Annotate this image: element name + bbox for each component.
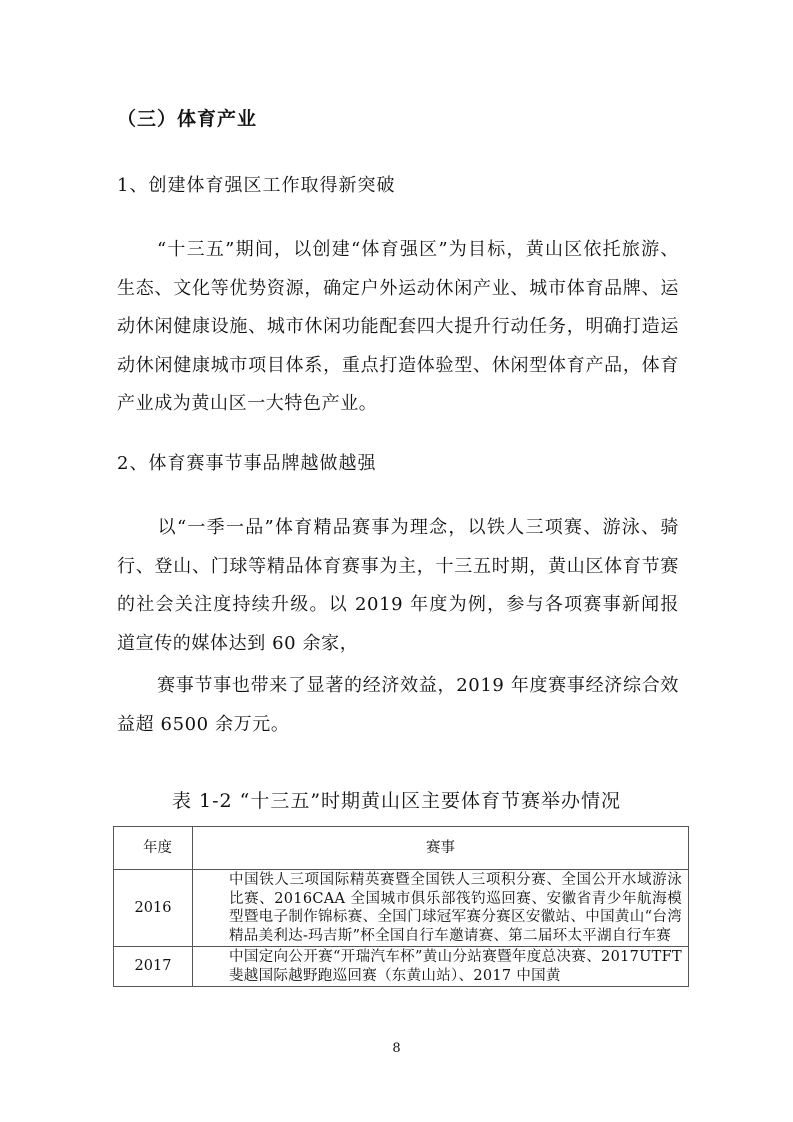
page-number: 8 <box>0 1041 793 1056</box>
paragraph-text: 以“一季一品”体育精品赛事为理念，以铁人三项赛、游泳、骑行、登山、门球等精品体育… <box>117 517 679 654</box>
header-year: 年度 <box>114 827 193 870</box>
table-header-row: 年度 赛事 <box>114 827 689 870</box>
table-row: 2016 中国铁人三项国际精英赛暨全国铁人三项积分赛、全国公开水域游泳比赛、20… <box>114 870 689 947</box>
subsection-heading-1: 1、创建体育强区工作取得新突破 <box>117 171 395 197</box>
section-heading: （三）体育产业 <box>117 104 257 131</box>
events-table: 年度 赛事 2016 中国铁人三项国际精英赛暨全国铁人三项积分赛、全国公开水域游… <box>113 826 689 987</box>
cell-events: 中国铁人三项国际精英赛暨全国铁人三项积分赛、全国公开水域游泳比赛、2016CAA… <box>193 870 689 947</box>
paragraph-sports-district: “十三五”期间，以创建“体育强区”为目标，黄山区依托旅游、生态、文化等优势资源，… <box>117 231 679 424</box>
table-row: 2017 中国定向公开赛“开瑞汽车杯”黄山分站赛暨年度总决赛、2017UTFT … <box>114 947 689 987</box>
cell-events: 中国定向公开赛“开瑞汽车杯”黄山分站赛暨年度总决赛、2017UTFT 斐越国际越… <box>193 947 689 987</box>
table-caption: 表 1-2 “十三五”时期黄山区主要体育节赛举办情况 <box>0 786 793 813</box>
paragraph-economic-benefit: 赛事节事也带来了显著的经济效益，2019 年度赛事经济综合效益超 6500 余万… <box>117 667 679 744</box>
paragraph-text: 赛事节事也带来了显著的经济效益，2019 年度赛事经济综合效益超 6500 余万… <box>117 675 679 735</box>
cell-year: 2016 <box>114 870 193 947</box>
header-events: 赛事 <box>193 827 689 870</box>
cell-year: 2017 <box>114 947 193 987</box>
subsection-heading-2: 2、体育赛事节事品牌越做越强 <box>117 449 376 475</box>
paragraph-text: “十三五”期间，以创建“体育强区”为目标，黄山区依托旅游、生态、文化等优势资源，… <box>117 239 679 414</box>
paragraph-events-brand: 以“一季一品”体育精品赛事为理念，以铁人三项赛、游泳、骑行、登山、门球等精品体育… <box>117 509 679 663</box>
